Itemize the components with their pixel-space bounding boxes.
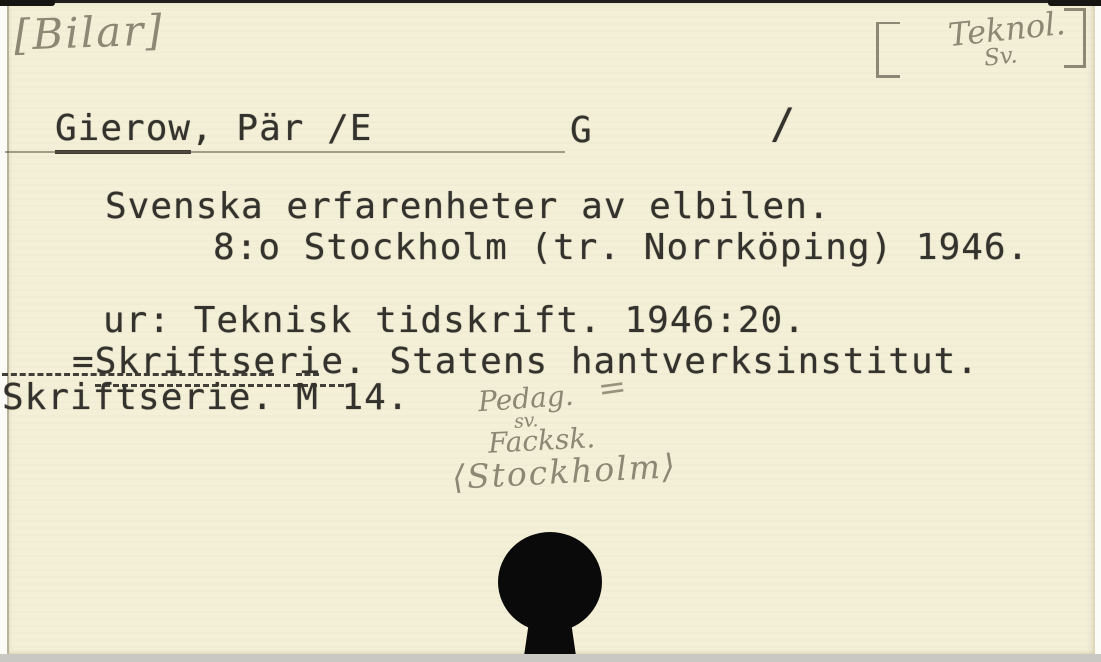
series-line-2: Skriftserie.M 14. — [2, 377, 409, 418]
pencil-subject-annotation: [Bilar] — [13, 5, 164, 59]
scan-shadow-top-left — [0, 0, 55, 6]
pencil-equals-mark: = — [595, 366, 629, 410]
author-surname: Gierow — [55, 108, 191, 154]
source-line: ur: Teknisk tidskrift. 1946:20. — [103, 300, 806, 341]
filing-letter: G — [570, 110, 593, 151]
series-volume-letter: M — [296, 373, 319, 418]
punch-hole-stem-icon — [524, 606, 576, 656]
left-bracket-mark — [876, 22, 900, 78]
author-heading: Gierow, Pär /E — [55, 108, 372, 149]
pencil-classification-line2: Sv. — [983, 42, 1019, 71]
scanned-catalog-card: [Bilar] Teknol. Sv. Gierow, Pär /E G / S… — [0, 0, 1101, 662]
heading-rule-line — [5, 151, 565, 153]
author-rest: , Pär /E — [191, 108, 372, 149]
imprint-line: 8:o Stockholm (tr. Norrköping) 1946. — [213, 227, 1029, 268]
scanner-bottom-strip — [0, 654, 1101, 662]
series-volume-number: 14. — [319, 377, 410, 418]
filing-slash: / — [770, 100, 796, 148]
card-top-edge — [0, 0, 1101, 3]
title-line: Svenska erfarenheter av elbilen. — [105, 186, 831, 227]
series-word-overlined: Skriftserie. — [2, 373, 274, 418]
right-bracket-mark — [1064, 8, 1086, 68]
series-line-1-rest: . Statens hantverksinstitut. — [344, 341, 979, 382]
